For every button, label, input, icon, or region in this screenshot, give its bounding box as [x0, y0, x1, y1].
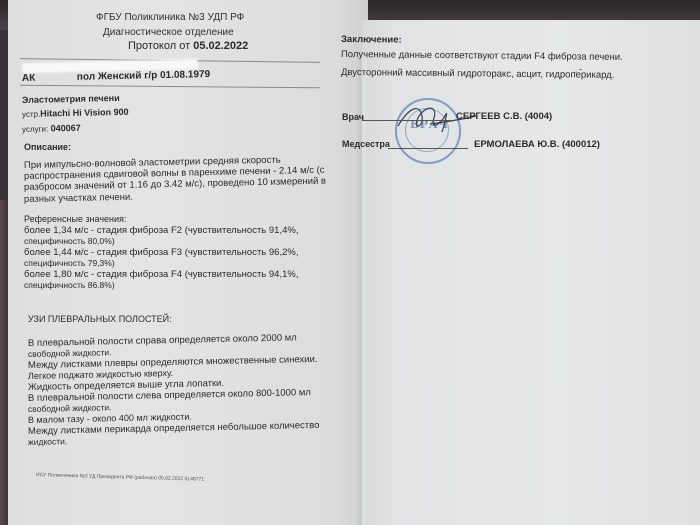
reference-line: специфичность 86.8%)	[24, 280, 115, 291]
dob-label: г/р	[144, 70, 157, 81]
protocol-label: Протокол от	[128, 40, 190, 52]
dob-value: 01.08.1979	[160, 69, 210, 81]
reference-line: специфичность 80,0%)	[24, 236, 115, 247]
reference-line: более 1,44 м/с - стадия фиброза F3 (чувс…	[24, 247, 298, 258]
conclusion-heading: Заключение:	[341, 34, 402, 46]
redacted-space	[38, 80, 74, 81]
paper-fold	[356, 60, 368, 525]
nurse-name: ЕРМОЛАЕВА Ю.В. (400012)	[474, 139, 600, 150]
department-name: Диагностическое отделение	[103, 27, 234, 38]
service-line: услуги: 040067	[22, 123, 81, 135]
pen-mark: ᵕ ˜	[574, 67, 582, 78]
doctor-label: Врач	[342, 112, 364, 123]
reference-line: более 1,34 м/с - стадия фиброза F2 (чувс…	[24, 225, 298, 236]
nurse-label: Медсестра	[342, 139, 390, 150]
service-label: услуги:	[22, 124, 48, 134]
device-value: Hitachi Hi Vision 900	[40, 107, 129, 119]
sex-value: Женский	[98, 70, 142, 82]
doctor-signature-line	[362, 120, 452, 121]
description-heading: Описание:	[24, 142, 71, 153]
doctor-name: СЕРГЕЕВ С.В. (4004)	[456, 111, 552, 122]
protocol-line: Протокол от 05.02.2022	[128, 40, 248, 53]
sex-label: пол	[77, 71, 95, 82]
device-line: устр.Hitachi Hi Vision 900	[22, 107, 129, 120]
reference-heading: Референсные значения:	[24, 214, 126, 225]
nurse-signature-line	[388, 148, 468, 149]
protocol-date: 05.02.2022	[193, 40, 248, 52]
description-line: разных участках печени.	[24, 192, 133, 205]
service-code: 040067	[51, 123, 81, 134]
reference-line: специфичность 79,3%)	[24, 258, 115, 269]
exam-title: Эластометрия печени	[22, 93, 120, 106]
pleural-line: жидкости.	[28, 436, 67, 448]
device-label: устр.	[22, 110, 40, 119]
pleural-heading: УЗИ ПЛЕВРАЛЬНЫХ ПОЛОСТЕЙ:	[28, 314, 172, 325]
patient-initials: АК	[22, 73, 36, 84]
reference-line: более 1,80 м/с - стадия фиброза F4 (чувс…	[24, 269, 298, 280]
institution-name: ФГБУ Поликлиника №3 УДП РФ	[96, 12, 244, 23]
